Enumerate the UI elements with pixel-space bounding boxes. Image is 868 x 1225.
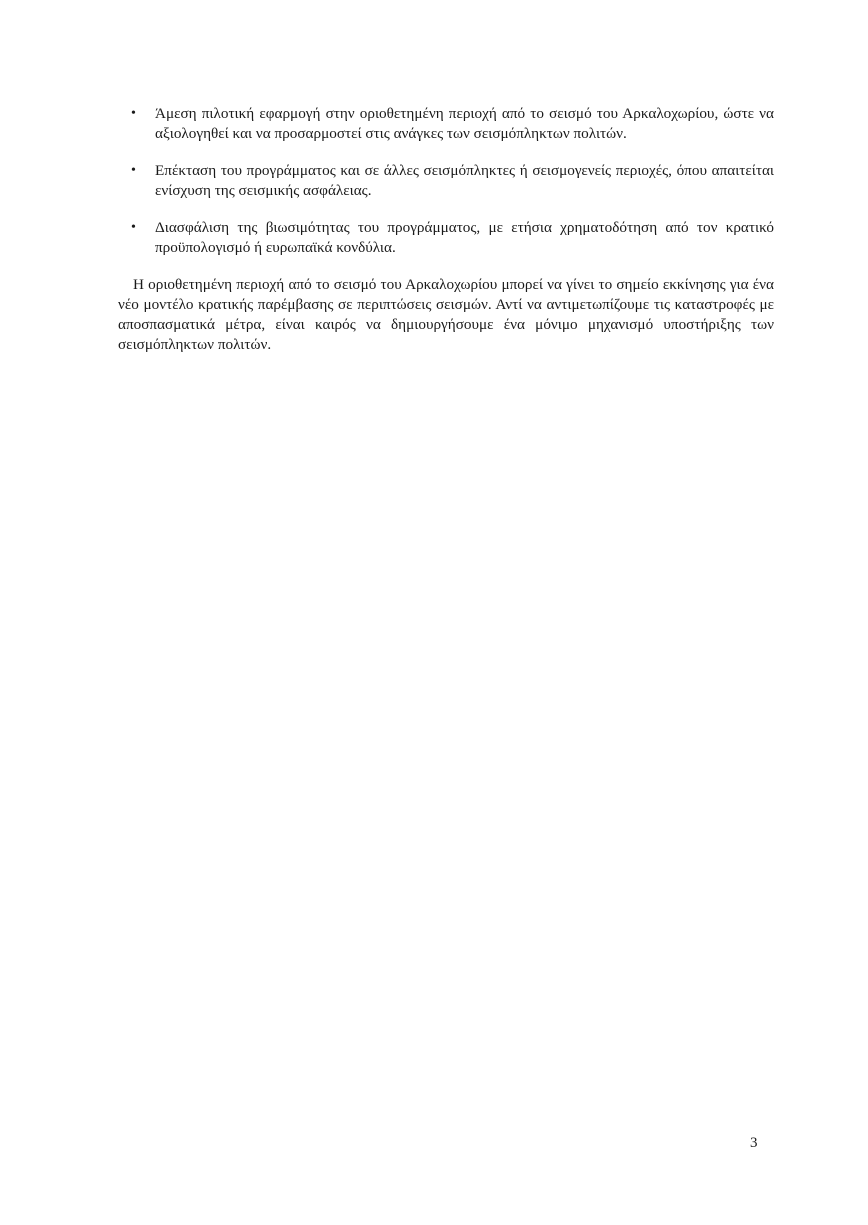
bullet-item: • Άμεση πιλοτική εφαρμογή στην οριοθετημ… bbox=[118, 104, 774, 144]
body-paragraph: Η οριοθετημένη περιοχή από το σεισμό του… bbox=[118, 275, 774, 355]
bullet-text: Διασφάλιση της βιωσιμότητας του προγράμμ… bbox=[155, 219, 774, 256]
bullet-list: • Άμεση πιλοτική εφαρμογή στην οριοθετημ… bbox=[118, 104, 774, 258]
bullet-icon: • bbox=[131, 218, 136, 238]
bullet-text: Άμεση πιλοτική εφαρμογή στην οριοθετημέν… bbox=[155, 105, 774, 142]
bullet-item: • Διασφάλιση της βιωσιμότητας του προγρά… bbox=[118, 218, 774, 258]
bullet-text: Επέκταση του προγράμματος και σε άλλες σ… bbox=[155, 162, 774, 199]
page-number: 3 bbox=[750, 1135, 758, 1152]
page-content: • Άμεση πιλοτική εφαρμογή στην οριοθετημ… bbox=[118, 104, 774, 355]
document-page: • Άμεση πιλοτική εφαρμογή στην οριοθετημ… bbox=[0, 0, 868, 1225]
bullet-item: • Επέκταση του προγράμματος και σε άλλες… bbox=[118, 161, 774, 201]
bullet-icon: • bbox=[131, 161, 136, 181]
bullet-icon: • bbox=[131, 104, 136, 124]
